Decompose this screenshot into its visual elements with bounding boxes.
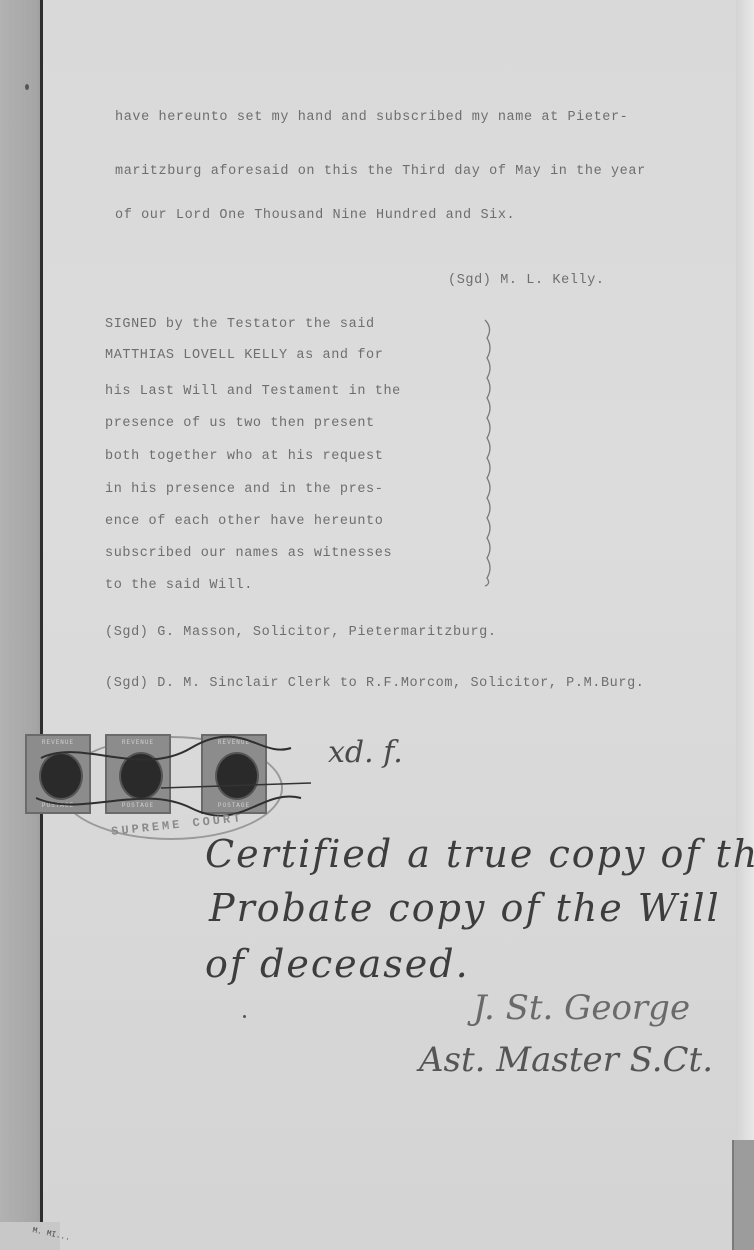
attestation-line: ence of each other have hereunto (105, 514, 383, 529)
underlying-page-edge (732, 1140, 754, 1250)
certifier-signature: J. St. George (473, 988, 690, 1028)
certification-line: Certified a true copy of the (205, 832, 754, 876)
attestation-line: to the said Will. (105, 578, 253, 593)
curly-brace-icon (483, 318, 497, 588)
testator-signature: (Sgd) M. L. Kelly. (448, 273, 605, 288)
certifier-title: Ast. Master S.Ct. (419, 1040, 713, 1080)
paragraph-line: of our Lord One Thousand Nine Hundred an… (115, 208, 515, 223)
revenue-stamps: REVENUE POSTAGE REVENUE POSTAGE REVENUE … (21, 728, 311, 838)
certification-line: Probate copy of the Will (209, 886, 721, 930)
attestation-line: both together who at his request (105, 449, 383, 464)
ink-speck (25, 84, 29, 90)
handwritten-initials: xd. f. (328, 735, 403, 770)
attestation-line: his Last Will and Testament in the (105, 384, 401, 399)
witness-signature: (Sgd) G. Masson, Solicitor, Pietermaritz… (105, 625, 497, 640)
document-page: have hereunto set my hand and subscribed… (40, 0, 754, 1250)
page-right-edge (736, 0, 754, 1140)
paragraph-line: maritzburg aforesaid on this the Third d… (115, 164, 646, 179)
certification-line: of deceased. (205, 942, 470, 986)
paragraph-line: have hereunto set my hand and subscribed… (115, 110, 628, 125)
attestation-line: SIGNED by the Testator the said (105, 317, 375, 332)
attestation-line: subscribed our names as witnesses (105, 546, 392, 561)
attestation-line: MATTHIAS LOVELL KELLY as and for (105, 348, 383, 363)
attestation-line: presence of us two then present (105, 416, 375, 431)
ink-speck (243, 1015, 246, 1018)
binder-edge (0, 0, 44, 1250)
witness-signature: (Sgd) D. M. Sinclair Clerk to R.F.Morcom… (105, 676, 644, 691)
attestation-line: in his presence and in the pres- (105, 482, 383, 497)
